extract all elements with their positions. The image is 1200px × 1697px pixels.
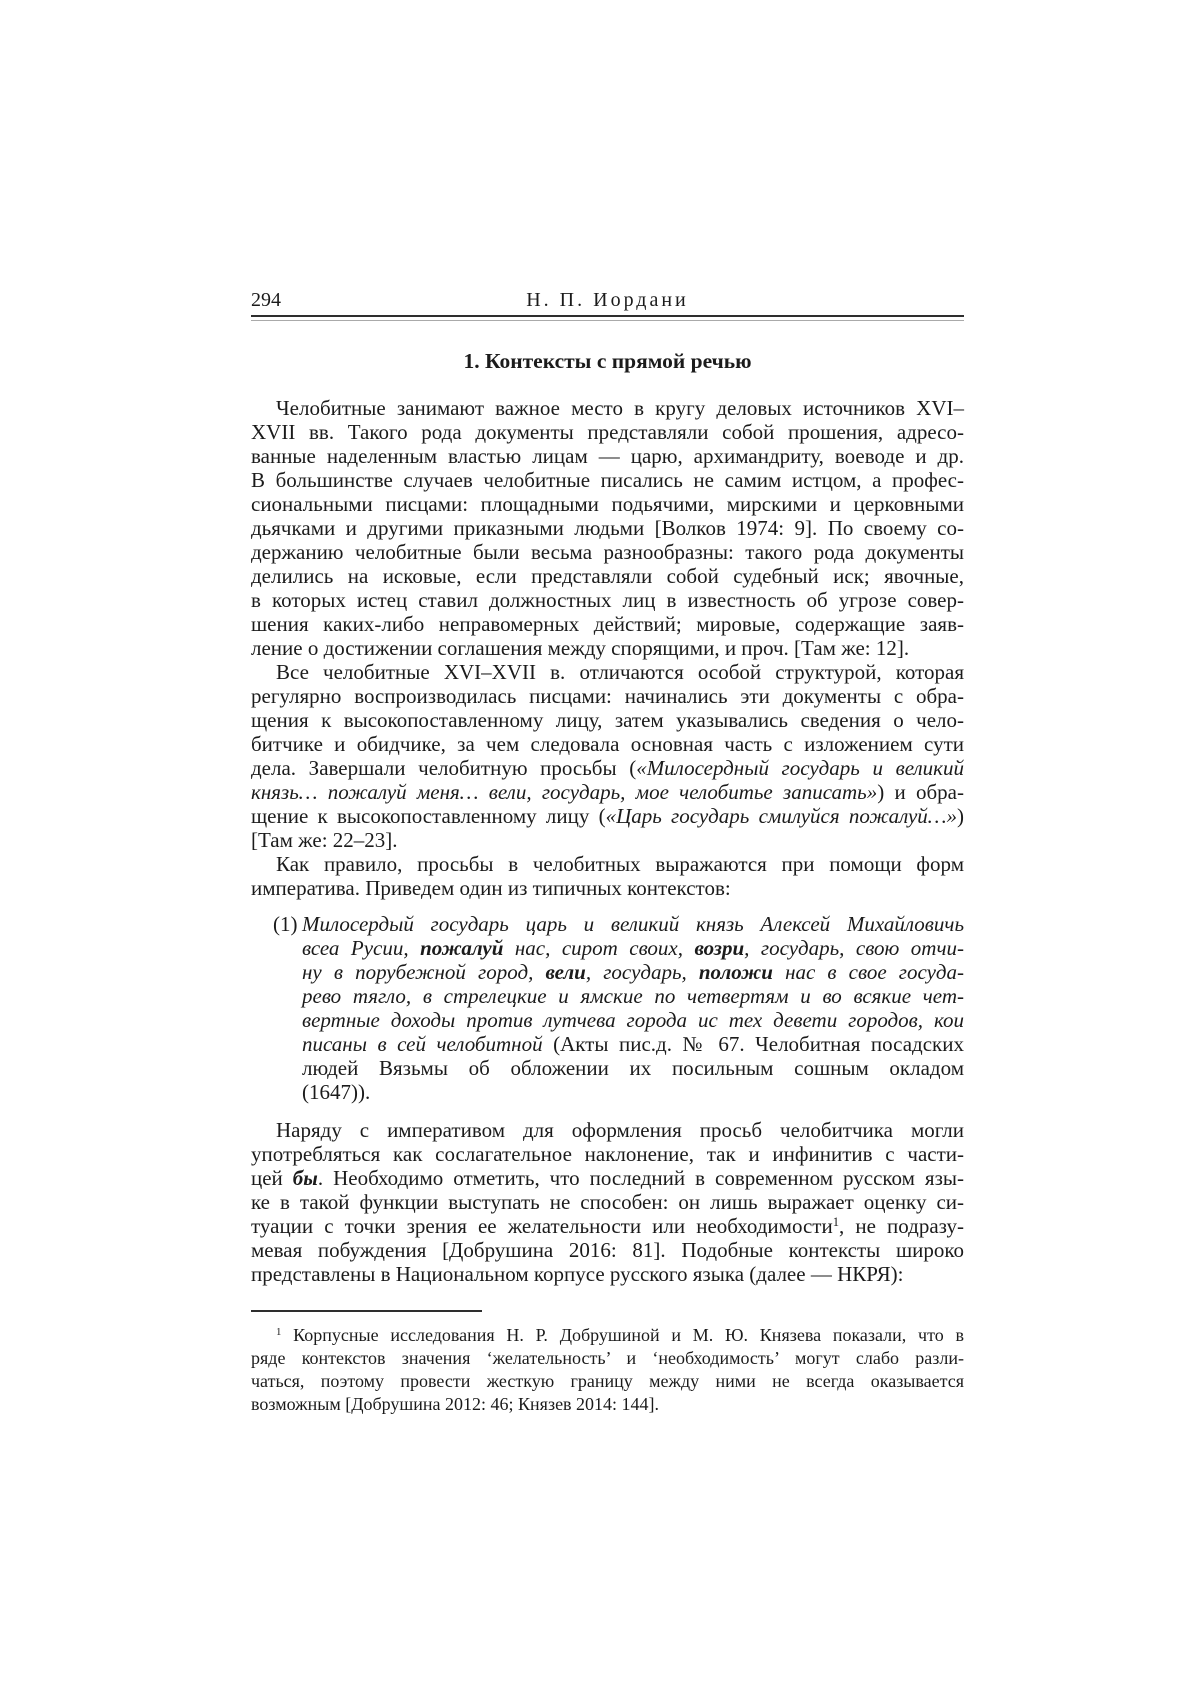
- text-segment: рево тягло, в стрелецкие и ямские по чет…: [302, 984, 964, 1008]
- text-segment: возможным [Добрушина 2012: 46; Князев 20…: [251, 1394, 659, 1414]
- text-line: всеа Русии, пожалуй нас, сирот своих, во…: [302, 936, 964, 960]
- text-segment: битчике и обидчике, за чем следовала осн…: [251, 732, 964, 756]
- section-title: 1. Контексты с прямой речью: [251, 349, 964, 373]
- example-block: (1)Милосердый государь царь и великий кн…: [251, 912, 964, 1104]
- text-line: дела. Завершали челобитную просьбы («Мил…: [251, 756, 964, 780]
- text-line: представлены в Национальном корпусе русс…: [251, 1262, 964, 1286]
- text-line: В большинстве случаев челобитные писалис…: [251, 468, 964, 492]
- text-segment: , государь, свою отчи-: [744, 936, 964, 960]
- text-segment: вели: [545, 960, 585, 984]
- text-segment: ряде контекстов значения ‘желательность’…: [251, 1348, 964, 1368]
- text-segment: (1647)).: [302, 1080, 370, 1104]
- text-segment: 1: [276, 1326, 281, 1338]
- text-segment: употребляться как сослагательное наклоне…: [251, 1142, 964, 1166]
- text-segment: «Милосердный государь и великий: [636, 756, 964, 780]
- text-segment: всеа Русии,: [302, 936, 420, 960]
- text-segment: щение к высокопоставленному лицу (: [251, 804, 606, 828]
- text-segment: пожалуй: [420, 936, 503, 960]
- text-line: ление о достижении соглашения между спор…: [251, 636, 964, 660]
- text-segment: сиональными писцами: площадными подьячим…: [251, 492, 964, 516]
- text-segment: В большинстве случаев челобитные писалис…: [251, 468, 964, 492]
- text-segment: ): [957, 804, 964, 828]
- text-segment: Милосердый государь царь и великий князь…: [302, 912, 964, 936]
- text-segment: ке в такой функции выступать не способен…: [251, 1190, 964, 1214]
- paragraph: Все челобитные XVI–XVII в. отличаются ос…: [251, 660, 964, 852]
- text-segment: возри: [694, 936, 744, 960]
- text-line: держанию челобитные были весьма разнообр…: [251, 540, 964, 564]
- text-line: делились на исковые, если представляли с…: [251, 564, 964, 588]
- text-line: битчике и обидчике, за чем следовала осн…: [251, 732, 964, 756]
- text-segment: Корпусные исследования Н. Р. Добрушиной …: [281, 1325, 964, 1345]
- text-line: (1647)).: [302, 1080, 964, 1104]
- text-column: 294 Н. П. Иордани 1. Контексты с прямой …: [251, 288, 964, 1416]
- text-segment: , государь,: [586, 960, 699, 984]
- text-segment: туации с точки зрения ее желательности и…: [251, 1214, 833, 1238]
- text-line: мевая побуждения [Добрушина 2016: 81]. П…: [251, 1238, 964, 1262]
- text-line: щения к высокопоставленному лицу, затем …: [251, 708, 964, 732]
- text-segment: [Там же: 22–23].: [251, 828, 398, 852]
- paragraph: Наряду с императивом для оформления прос…: [251, 1118, 964, 1286]
- text-line: чаться, поэтому провести жесткую границу…: [251, 1370, 964, 1393]
- text-line: ке в такой функции выступать не способен…: [251, 1190, 964, 1214]
- text-line: ряде контекстов значения ‘желательность’…: [251, 1347, 964, 1370]
- text-line: людей Вязьмы об обложении их посильным с…: [302, 1056, 964, 1080]
- running-head-author: Н. П. Иордани: [251, 288, 964, 312]
- text-segment: чаться, поэтому провести жесткую границу…: [251, 1371, 964, 1391]
- text-segment: ление о достижении соглашения между спор…: [251, 636, 909, 660]
- text-segment: императива. Приведем один из типичных ко…: [251, 876, 731, 900]
- text-segment: делились на исковые, если представляли с…: [251, 564, 964, 588]
- text-line: XVII вв. Такого рода документы представл…: [251, 420, 964, 444]
- text-line: употребляться как сослагательное наклоне…: [251, 1142, 964, 1166]
- text-line: в которых истец ставил должностных лиц в…: [251, 588, 964, 612]
- text-segment: ) и обра-: [877, 780, 964, 804]
- text-segment: князь… пожалуй меня… вели, государь, мое…: [251, 780, 877, 804]
- text-line: писаны в сей челобитной (Акты пис.д. № 6…: [302, 1032, 964, 1056]
- text-segment: Челобитные занимают важное место в кругу…: [276, 396, 964, 420]
- footnote: 1 Корпусные исследования Н. Р. Добрушино…: [251, 1324, 964, 1416]
- paragraph: Как правило, просьбы в челобитных выража…: [251, 852, 964, 900]
- text-line: ванные наделенным властью лицам — царю, …: [251, 444, 964, 468]
- text-segment: писаны в сей челобитной: [302, 1032, 553, 1056]
- text-line: туации с точки зрения ее желательности и…: [251, 1214, 964, 1238]
- text-line: возможным [Добрушина 2012: 46; Князев 20…: [251, 1393, 964, 1416]
- text-segment: вертные доходы против лутчева города ис …: [302, 1008, 964, 1032]
- text-line: регулярно воспроизводилась писцами: начи…: [251, 684, 964, 708]
- text-line: сиональными писцами: площадными подьячим…: [251, 492, 964, 516]
- text-line: щение к высокопоставленному лицу («Царь …: [251, 804, 964, 828]
- running-header: 294 Н. П. Иордани: [251, 288, 964, 312]
- text-segment: Все челобитные XVI–XVII в. отличаются ос…: [276, 660, 964, 684]
- text-segment: бы: [293, 1166, 318, 1190]
- text-segment: регулярно воспроизводилась писцами: начи…: [251, 684, 964, 708]
- text-segment: дьячками и другими приказными людьми [Во…: [251, 516, 964, 540]
- text-segment: ну в порубежной город,: [302, 960, 545, 984]
- text-segment: щения к высокопоставленному лицу, затем …: [251, 708, 964, 732]
- text-line: дьячками и другими приказными людьми [Во…: [251, 516, 964, 540]
- text-segment: цей: [251, 1166, 293, 1190]
- text-line: князь… пожалуй меня… вели, государь, мое…: [251, 780, 964, 804]
- body-text: Челобитные занимают важное место в кругу…: [251, 396, 964, 1286]
- text-segment: людей Вязьмы об обложении их посильным с…: [302, 1056, 964, 1080]
- text-segment: держанию челобитные были весьма разнообр…: [251, 540, 964, 564]
- header-rule: [251, 315, 964, 321]
- example-number: (1): [273, 912, 298, 936]
- text-line: цей бы. Необходимо отметить, что последн…: [251, 1166, 964, 1190]
- text-segment: «Царь государь смилуйся пожалуй…»: [606, 804, 957, 828]
- text-segment: XVII вв. Такого рода документы представл…: [251, 420, 964, 444]
- text-segment: в которых истец ставил должностных лиц в…: [251, 588, 964, 612]
- text-line: ну в порубежной город, вели, государь, п…: [302, 960, 964, 984]
- text-segment: ванные наделенным властью лицам — царю, …: [251, 444, 964, 468]
- text-segment: шения каких-либо неправомерных действий;…: [251, 612, 964, 636]
- text-segment: мевая побуждения [Добрушина 2016: 81]. П…: [251, 1238, 964, 1262]
- text-segment: . Необходимо отметить, что последний в с…: [318, 1166, 964, 1190]
- text-line: Челобитные занимают важное место в кругу…: [251, 396, 964, 420]
- text-segment: (Акты пис.д. № 67. Челобитная посадских: [553, 1032, 964, 1056]
- text-segment: положи: [699, 960, 773, 984]
- text-line: [Там же: 22–23].: [251, 828, 964, 852]
- text-line: шения каких-либо неправомерных действий;…: [251, 612, 964, 636]
- text-segment: Как правило, просьбы в челобитных выража…: [276, 852, 964, 876]
- text-line: императива. Приведем один из типичных ко…: [251, 876, 964, 900]
- footnote-separator: [251, 1310, 482, 1312]
- text-line: рево тягло, в стрелецкие и ямские по чет…: [302, 984, 964, 1008]
- text-segment: 1: [833, 1215, 839, 1229]
- document-page: 294 Н. П. Иордани 1. Контексты с прямой …: [0, 0, 1200, 1697]
- text-line: Наряду с императивом для оформления прос…: [251, 1118, 964, 1142]
- text-line: Милосердый государь царь и великий князь…: [302, 912, 964, 936]
- text-line: 1 Корпусные исследования Н. Р. Добрушино…: [251, 1324, 964, 1347]
- text-segment: Наряду с императивом для оформления прос…: [276, 1118, 964, 1142]
- text-segment: нас в свое госуда-: [773, 960, 964, 984]
- text-segment: нас, сирот своих,: [503, 936, 694, 960]
- text-segment: , не подразу-: [839, 1214, 964, 1238]
- text-line: Все челобитные XVI–XVII в. отличаются ос…: [251, 660, 964, 684]
- paragraph: Челобитные занимают важное место в кругу…: [251, 396, 964, 660]
- text-line: Как правило, просьбы в челобитных выража…: [251, 852, 964, 876]
- text-segment: представлены в Национальном корпусе русс…: [251, 1262, 903, 1286]
- text-line: вертные доходы против лутчева города ис …: [302, 1008, 964, 1032]
- text-segment: дела. Завершали челобитную просьбы (: [251, 756, 636, 780]
